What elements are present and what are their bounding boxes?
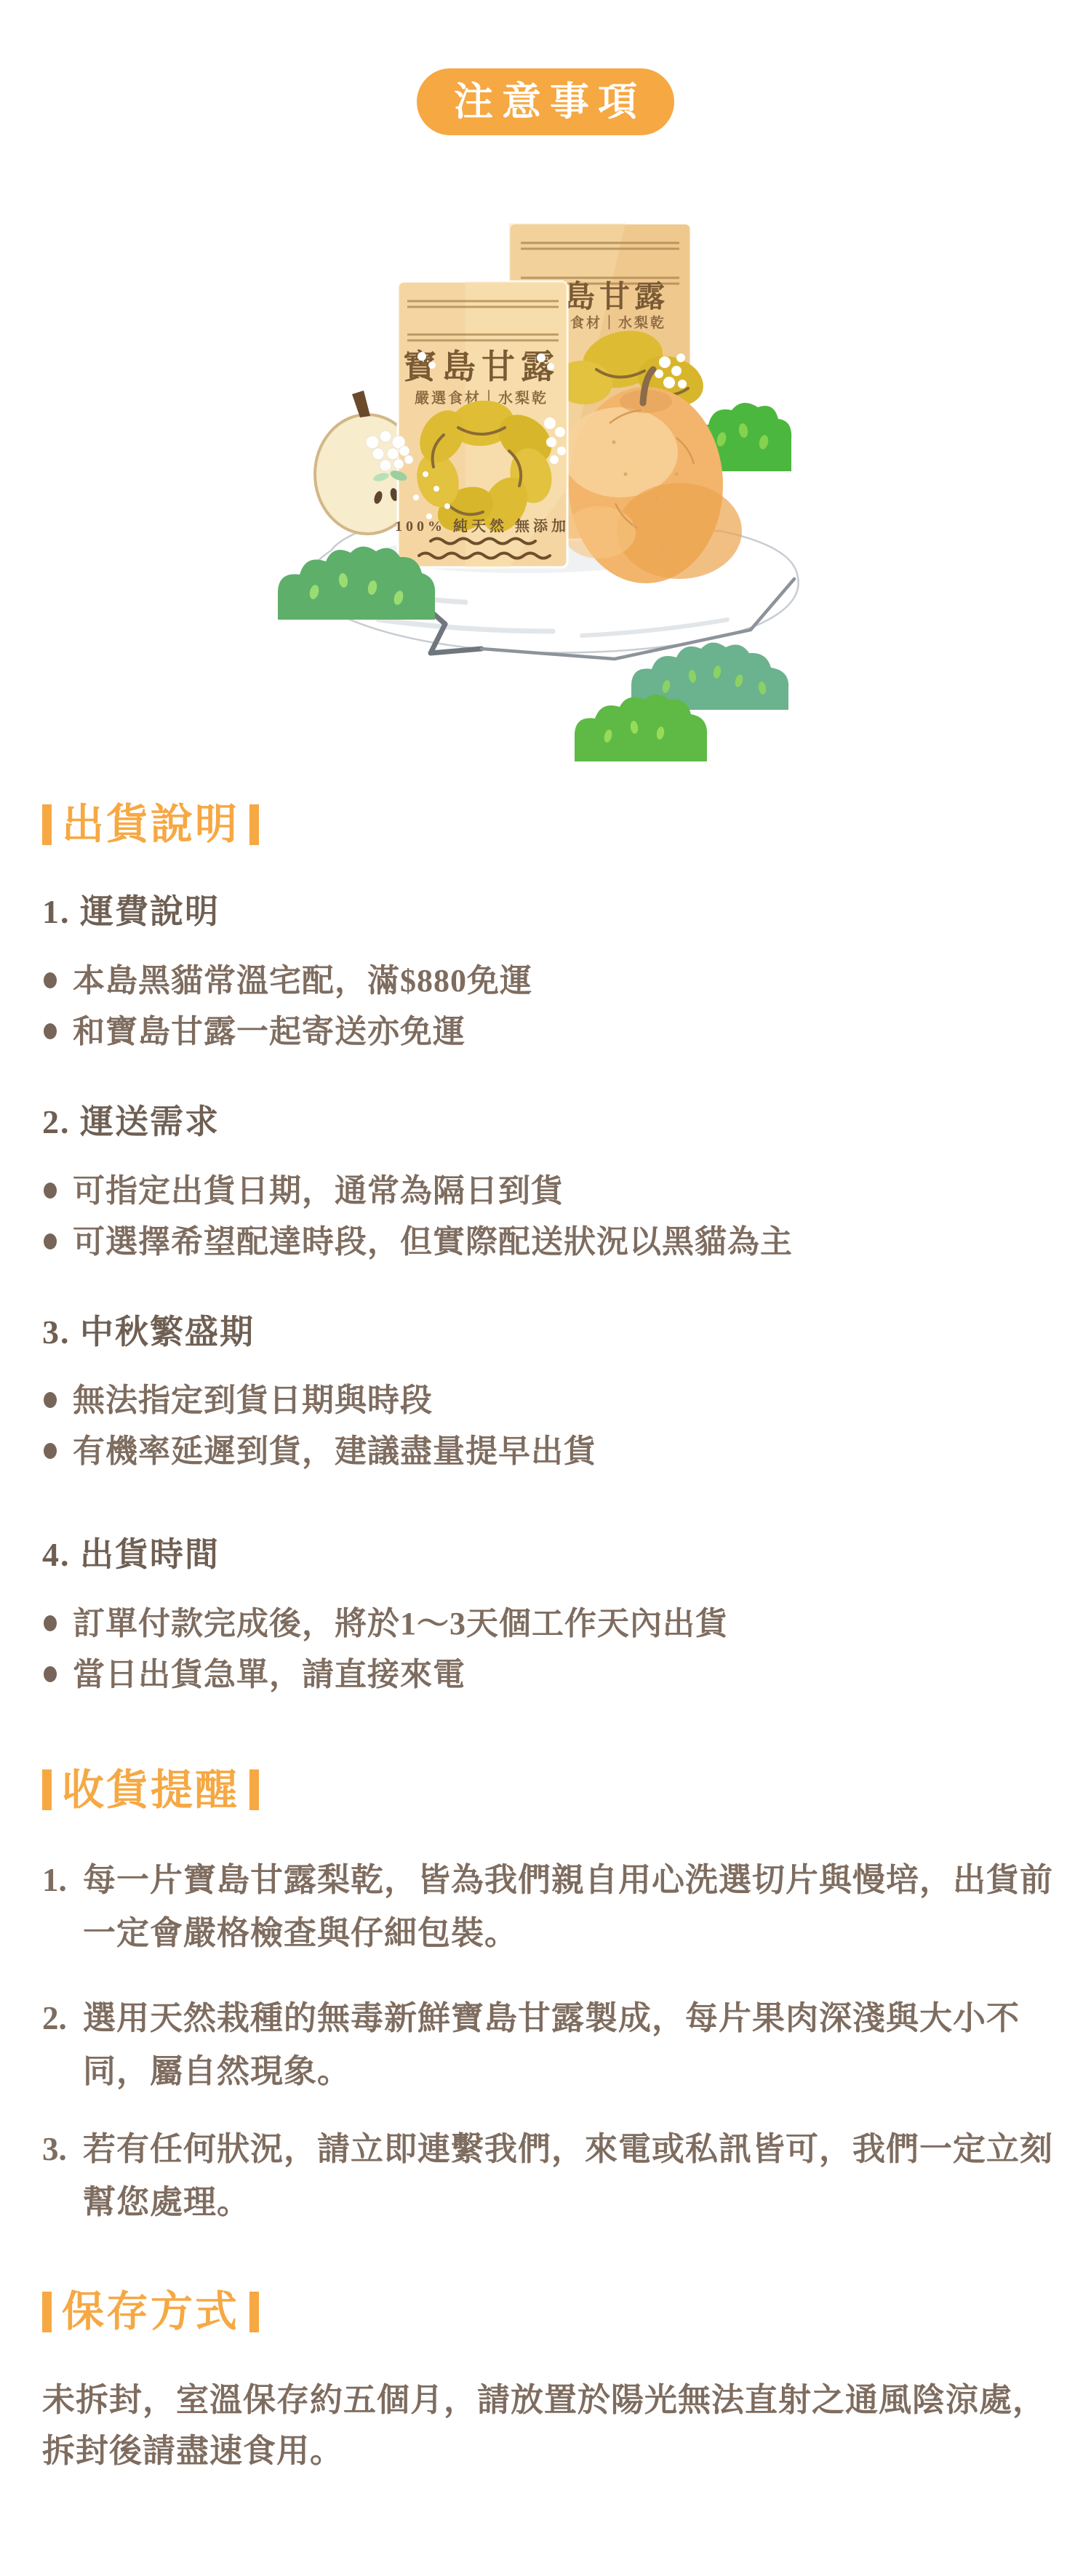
- front-bag-icon: 寶島甘露 嚴選食材｜水梨乾: [395, 281, 570, 567]
- title-bar-right: [249, 804, 259, 845]
- shipping-list-2: 可指定出貨日期，通常為隔日到貨 可選擇希望配達時段，但實際配送狀況以黑貓為主: [42, 1166, 1058, 1268]
- product-illustration: 寶島甘露 嚴選食材｜水梨乾: [0, 183, 1091, 791]
- receiving-item-3: 3. 若有任何狀況，請立即連繫我們，來電或私訊皆可，我們一定立刻幫您處理。: [42, 2123, 1058, 2229]
- title-bar-right: [249, 2292, 259, 2332]
- bullet-text: 當日出貨急單，請直接來電: [73, 1649, 465, 1700]
- storage-text: 未拆封，室溫保存約五個月，請放置於陽光無法直射之通風陰涼處，拆封後請盡速食用。: [42, 2375, 1057, 2476]
- shipping-list-3: 無法指定到貨日期與時段 有機率延遲到貨，建議盡量提早出貨: [42, 1375, 1058, 1477]
- bullet-dot-icon: [44, 1023, 57, 1039]
- shipping-title-text: 出貨說明: [62, 797, 239, 852]
- notice-content: 出貨說明 1. 運費說明 本島黑貓常溫宅配，滿$880免運 和寶島甘露一起寄送亦…: [0, 797, 1091, 2476]
- receiving-title: 收貨提醒: [42, 1763, 1058, 1817]
- storage-title-text: 保存方式: [62, 2284, 239, 2339]
- list-item: 可選擇希望配達時段，但實際配送狀況以黑貓為主: [42, 1217, 1058, 1268]
- bullet-text: 可指定出貨日期，通常為隔日到貨: [73, 1166, 564, 1217]
- title-bar-right: [249, 1769, 259, 1810]
- item-number: 3.: [42, 2123, 83, 2229]
- list-item: 可指定出貨日期，通常為隔日到貨: [42, 1166, 1058, 1217]
- item-number: 1.: [42, 1854, 83, 1960]
- bullet-text: 無法指定到貨日期與時段: [73, 1375, 433, 1426]
- notice-page: 注意事項: [0, 0, 1091, 2576]
- shipping-list-4: 訂單付款完成後，將於1～3天個工作天內出貨 當日出貨急單，請直接來電: [42, 1599, 1058, 1700]
- receiving-item-2: 2. 選用天然栽種的無毒新鮮寶島甘露製成，每片果肉深淺與大小不同，屬自然現象。: [42, 1992, 1058, 2098]
- shipping-subheading-3: 3. 中秋繁盛期: [42, 1314, 1058, 1351]
- title-bar-left: [42, 804, 52, 845]
- bullet-dot-icon: [44, 1615, 57, 1631]
- list-item: 當日出貨急單，請直接來電: [42, 1649, 1058, 1700]
- shipping-subheading-1: 1. 運費說明: [42, 894, 1058, 931]
- list-item: 無法指定到貨日期與時段: [42, 1375, 1058, 1426]
- list-item: 和寶島甘露一起寄送亦免運: [42, 1007, 1058, 1057]
- title-bar-left: [42, 1769, 52, 1810]
- storage-title: 保存方式: [42, 2284, 1058, 2339]
- item-number: 2.: [42, 1992, 83, 2098]
- list-item: 本島黑貓常溫宅配，滿$880免運: [42, 956, 1058, 1007]
- receiving-title-text: 收貨提醒: [62, 1763, 239, 1817]
- notice-badge-label: 注意事項: [454, 82, 646, 121]
- section-receiving: 收貨提醒 1. 每一片寶島甘露梨乾，皆為我們親自用心洗選切片與慢培，出貨前一定會…: [42, 1763, 1058, 2229]
- front-bag-brand: 寶島甘露: [403, 348, 560, 385]
- section-storage: 保存方式 未拆封，室溫保存約五個月，請放置於陽光無法直射之通風陰涼處，拆封後請盡…: [42, 2284, 1058, 2476]
- item-text: 選用天然栽種的無毒新鮮寶島甘露製成，每片果肉深淺與大小不同，屬自然現象。: [83, 1992, 1058, 2098]
- title-bar-left: [42, 2292, 52, 2332]
- shipping-title: 出貨說明: [42, 797, 1058, 852]
- bullet-text: 有機率延遲到貨，建議盡量提早出貨: [73, 1426, 596, 1477]
- bullet-dot-icon: [44, 1392, 57, 1408]
- receiving-item-1: 1. 每一片寶島甘露梨乾，皆為我們親自用心洗選切片與慢培，出貨前一定會嚴格檢查與…: [42, 1854, 1058, 1960]
- item-text: 每一片寶島甘露梨乾，皆為我們親自用心洗選切片與慢培，出貨前一定會嚴格檢查與仔細包…: [83, 1854, 1058, 1960]
- bullet-text: 本島黑貓常溫宅配，滿$880免運: [73, 956, 532, 1007]
- notice-badge: 注意事項: [417, 68, 674, 135]
- product-illustration-svg: 寶島甘露 嚴選食材｜水梨乾: [0, 183, 1091, 791]
- bullet-text: 訂單付款完成後，將於1～3天個工作天內出貨: [73, 1599, 728, 1649]
- section-shipping: 出貨說明 1. 運費說明 本島黑貓常溫宅配，滿$880免運 和寶島甘露一起寄送亦…: [42, 797, 1058, 1700]
- bullet-text: 和寶島甘露一起寄送亦免運: [73, 1007, 465, 1057]
- bullet-dot-icon: [44, 972, 57, 988]
- shipping-list-1: 本島黑貓常溫宅配，滿$880免運 和寶島甘露一起寄送亦免運: [42, 956, 1058, 1057]
- list-item: 有機率延遲到貨，建議盡量提早出貨: [42, 1426, 1058, 1477]
- bullet-text: 可選擇希望配達時段，但實際配送狀況以黑貓為主: [73, 1217, 793, 1268]
- bullet-dot-icon: [44, 1233, 57, 1249]
- item-text: 若有任何狀況，請立即連繫我們，來電或私訊皆可，我們一定立刻幫您處理。: [83, 2123, 1058, 2229]
- shipping-subheading-4: 4. 出貨時間: [42, 1537, 1058, 1574]
- bullet-dot-icon: [44, 1443, 57, 1459]
- list-item: 訂單付款完成後，將於1～3天個工作天內出貨: [42, 1599, 1058, 1649]
- bullet-dot-icon: [44, 1666, 57, 1682]
- bullet-dot-icon: [44, 1183, 57, 1199]
- front-bag-note: 100% 純天然 無添加: [395, 517, 570, 535]
- shipping-subheading-2: 2. 運送需求: [42, 1104, 1058, 1141]
